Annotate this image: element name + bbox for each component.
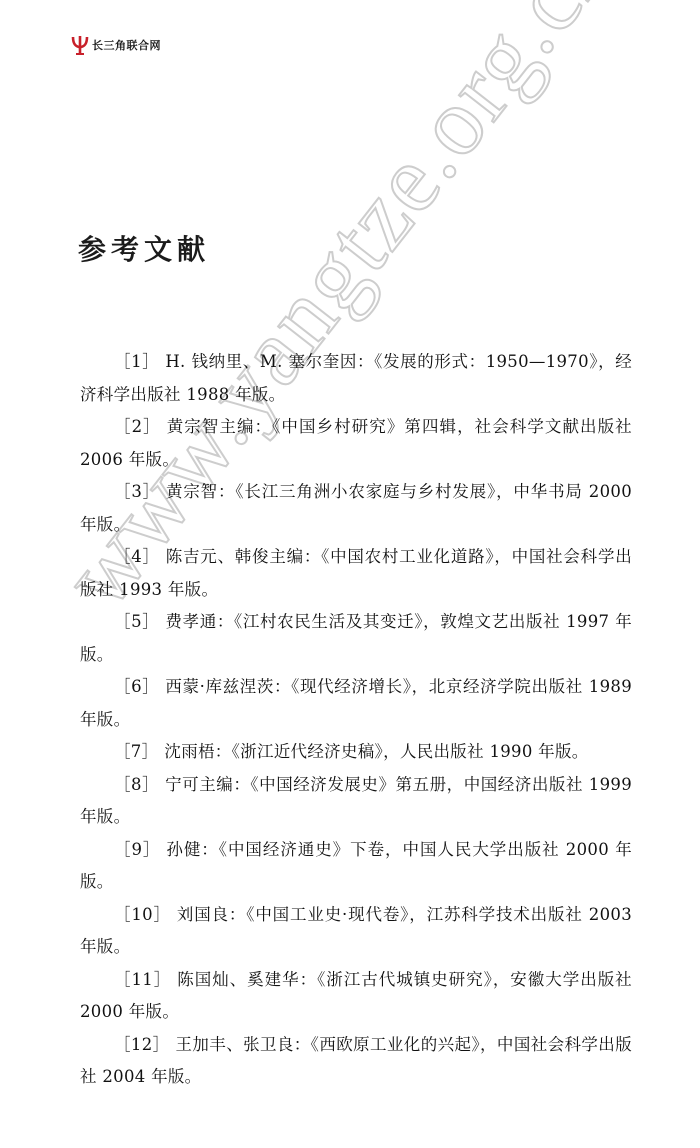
reference-item: ［4］陈吉元、韩俊主编：《中国农村工业化道路》，中国社会科学出版社 1993 年… bbox=[80, 541, 632, 606]
reference-number: ［6］ bbox=[114, 677, 159, 696]
reference-number: ［12］ bbox=[114, 1035, 170, 1054]
reference-number: ［11］ bbox=[114, 970, 171, 989]
reference-item: ［10］刘国良：《中国工业史·现代卷》，江苏科学技术出版社 2003 年版。 bbox=[80, 899, 632, 964]
reference-number: ［5］ bbox=[114, 612, 159, 631]
page-title: 参考文献 bbox=[78, 228, 210, 268]
site-logo: 长三角联合网 bbox=[71, 35, 161, 55]
reference-item: ［9］孙健：《中国经济通史》下卷，中国人民大学出版社 2000 年版。 bbox=[80, 834, 632, 899]
reference-item: ［1］H. 钱纳里、M. 塞尔奎因：《发展的形式：1950—1970》，经济科学… bbox=[80, 346, 632, 411]
reference-text: 陈吉元、韩俊主编：《中国农村工业化道路》，中国社会科学出版社 1993 年版。 bbox=[80, 547, 632, 599]
reference-item: ［6］西蒙·库兹涅茨：《现代经济增长》，北京经济学院出版社 1989 年版。 bbox=[80, 671, 632, 736]
reference-number: ［10］ bbox=[114, 905, 171, 924]
reference-text: 西蒙·库兹涅茨：《现代经济增长》，北京经济学院出版社 1989 年版。 bbox=[80, 677, 632, 729]
reference-number: ［1］ bbox=[114, 352, 159, 371]
reference-item: ［11］陈国灿、奚建华：《浙江古代城镇史研究》，安徽大学出版社 2000 年版。 bbox=[80, 964, 632, 1029]
reference-number: ［3］ bbox=[114, 482, 160, 501]
logo-text: 长三角联合网 bbox=[92, 37, 161, 53]
reference-number: ［4］ bbox=[114, 547, 160, 566]
psi-logo-icon bbox=[71, 35, 89, 55]
reference-text: 黄宗智主编：《中国乡村研究》第四辑，社会科学文献出版社 2006 年版。 bbox=[80, 417, 632, 469]
reference-item: ［7］沈雨梧：《浙江近代经济史稿》，人民出版社 1990 年版。 bbox=[80, 736, 632, 769]
reference-text: 黄宗智：《长江三角洲小农家庭与乡村发展》，中华书局 2000 年版。 bbox=[80, 482, 632, 534]
reference-item: ［12］王加丰、张卫良：《西欧原工业化的兴起》，中国社会科学出版社 2004 年… bbox=[80, 1029, 632, 1094]
reference-item: ［5］费孝通：《江村农民生活及其变迁》，敦煌文艺出版社 1997 年版。 bbox=[80, 606, 632, 671]
reference-item: ［3］黄宗智：《长江三角洲小农家庭与乡村发展》，中华书局 2000 年版。 bbox=[80, 476, 632, 541]
reference-item: ［2］黄宗智主编：《中国乡村研究》第四辑，社会科学文献出版社 2006 年版。 bbox=[80, 411, 632, 476]
reference-number: ［9］ bbox=[114, 840, 160, 859]
reference-text: 费孝通：《江村农民生活及其变迁》，敦煌文艺出版社 1997 年版。 bbox=[80, 612, 632, 664]
reference-number: ［8］ bbox=[114, 775, 159, 794]
reference-number: ［7］ bbox=[114, 742, 158, 761]
reference-number: ［2］ bbox=[114, 417, 161, 436]
reference-text: 孙健：《中国经济通史》下卷，中国人民大学出版社 2000 年版。 bbox=[80, 840, 632, 892]
reference-item: ［8］宁可主编：《中国经济发展史》第五册，中国经济出版社 1999 年版。 bbox=[80, 769, 632, 834]
reference-text: H. 钱纳里、M. 塞尔奎因：《发展的形式：1950—1970》，经济科学出版社… bbox=[80, 352, 632, 404]
reference-text: 沈雨梧：《浙江近代经济史稿》，人民出版社 1990 年版。 bbox=[164, 742, 588, 761]
reference-list: ［1］H. 钱纳里、M. 塞尔奎因：《发展的形式：1950—1970》，经济科学… bbox=[80, 346, 632, 1094]
reference-text: 宁可主编：《中国经济发展史》第五册，中国经济出版社 1999 年版。 bbox=[80, 775, 632, 827]
